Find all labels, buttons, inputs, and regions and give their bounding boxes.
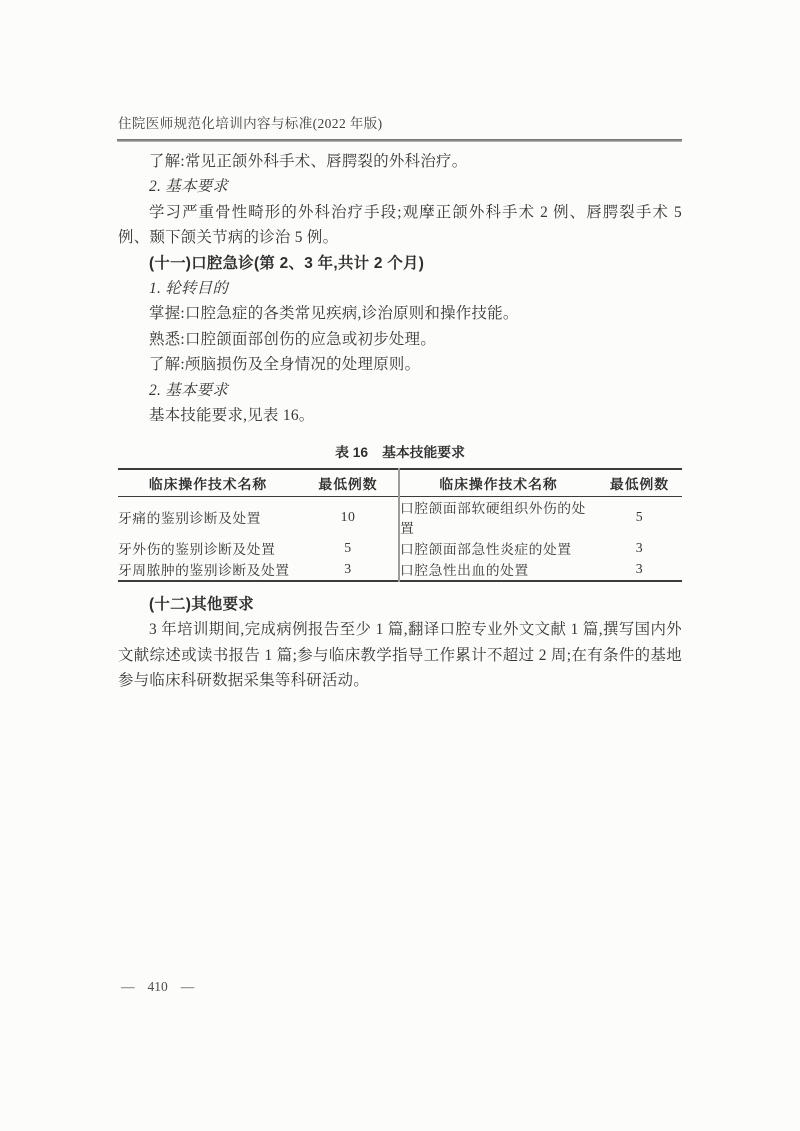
body-paragraph: 基本技能要求,见表 16。	[118, 403, 682, 428]
body-paragraph: 了解:常见正颌外科手术、唇腭裂的外科治疗。	[118, 149, 682, 174]
min-cases-cell: 5	[597, 497, 682, 538]
subsection-label: 2. 基本要求	[118, 378, 682, 403]
page-number: 410	[148, 979, 168, 995]
min-cases-cell: 5	[298, 537, 399, 559]
table-caption: 表 16基本技能要求	[118, 445, 682, 460]
subsection-label: 1. 轮转目的	[118, 276, 682, 301]
column-header: 最低例数	[298, 469, 399, 497]
column-header: 临床操作技术名称	[118, 469, 298, 497]
table-row: 牙周脓肿的鉴别诊断及处置 3 口腔急性出血的处置 3	[118, 559, 682, 582]
skill-name-cell: 牙痛的鉴别诊断及处置	[118, 497, 298, 538]
section-heading-11: (十一)口腔急诊(第 2、3 年,共计 2 个月)	[118, 251, 682, 276]
body-paragraph: 掌握:口腔急症的各类常见疾病,诊治原则和操作技能。	[118, 301, 682, 326]
min-cases-cell: 10	[298, 497, 399, 538]
skill-name-cell: 口腔急性出血的处置	[399, 559, 597, 582]
footer-dash-right: —	[181, 979, 195, 995]
table-16-section: 表 16基本技能要求 临床操作技术名称 最低例数 临床操作技术名称 最低例数 牙…	[118, 445, 682, 582]
table-caption-title: 基本技能要求	[382, 445, 465, 460]
document-page: 住院医师规范化培训内容与标准(2022 年版) 了解:常见正颌外科手术、唇腭裂的…	[0, 0, 800, 1131]
footer-dash-left: —	[121, 979, 135, 995]
skill-name-cell: 牙周脓肿的鉴别诊断及处置	[118, 559, 298, 582]
body-paragraph: 了解:颅脑损伤及全身情况的处理原则。	[118, 352, 682, 377]
running-header-title: 住院医师规范化培训内容与标准(2022 年版)	[118, 115, 383, 133]
column-header: 临床操作技术名称	[399, 469, 597, 497]
skill-name-cell: 牙外伤的鉴别诊断及处置	[118, 537, 298, 559]
column-header: 最低例数	[597, 469, 682, 497]
subsection-label: 2. 基本要求	[118, 174, 682, 199]
table-row: 牙外伤的鉴别诊断及处置 5 口腔颌面部急性炎症的处置 3	[118, 537, 682, 559]
section-12-block: (十二)其他要求 3 年培训期间,完成病例报告至少 1 篇,翻译口腔专业外文文献…	[118, 592, 682, 694]
body-paragraph: 学习严重骨性畸形的外科治疗手段;观摩正颌外科手术 2 例、唇腭裂手术 5 例、颞…	[118, 200, 682, 251]
section-heading-12: (十二)其他要求	[118, 592, 682, 617]
page-footer: — 410 —	[121, 979, 194, 995]
skill-name-cell: 口腔颌面部急性炎症的处置	[399, 537, 597, 559]
min-cases-cell: 3	[597, 559, 682, 582]
header-rule-divider	[117, 139, 682, 142]
min-cases-cell: 3	[597, 537, 682, 559]
table-header-row: 临床操作技术名称 最低例数 临床操作技术名称 最低例数	[118, 469, 682, 497]
min-cases-cell: 3	[298, 559, 399, 582]
table-caption-label: 表 16	[335, 445, 368, 460]
main-text-block: 了解:常见正颌外科手术、唇腭裂的外科治疗。 2. 基本要求 学习严重骨性畸形的外…	[118, 149, 682, 428]
skill-name-cell: 口腔颌面部软硬组织外伤的处置	[399, 497, 597, 538]
body-paragraph: 熟悉:口腔颌面部创伤的应急或初步处理。	[118, 327, 682, 352]
skills-table: 临床操作技术名称 最低例数 临床操作技术名称 最低例数 牙痛的鉴别诊断及处置 1…	[118, 468, 682, 582]
table-row: 牙痛的鉴别诊断及处置 10 口腔颌面部软硬组织外伤的处置 5	[118, 497, 682, 538]
body-paragraph: 3 年培训期间,完成病例报告至少 1 篇,翻译口腔专业外文文献 1 篇,撰写国内…	[118, 617, 682, 693]
